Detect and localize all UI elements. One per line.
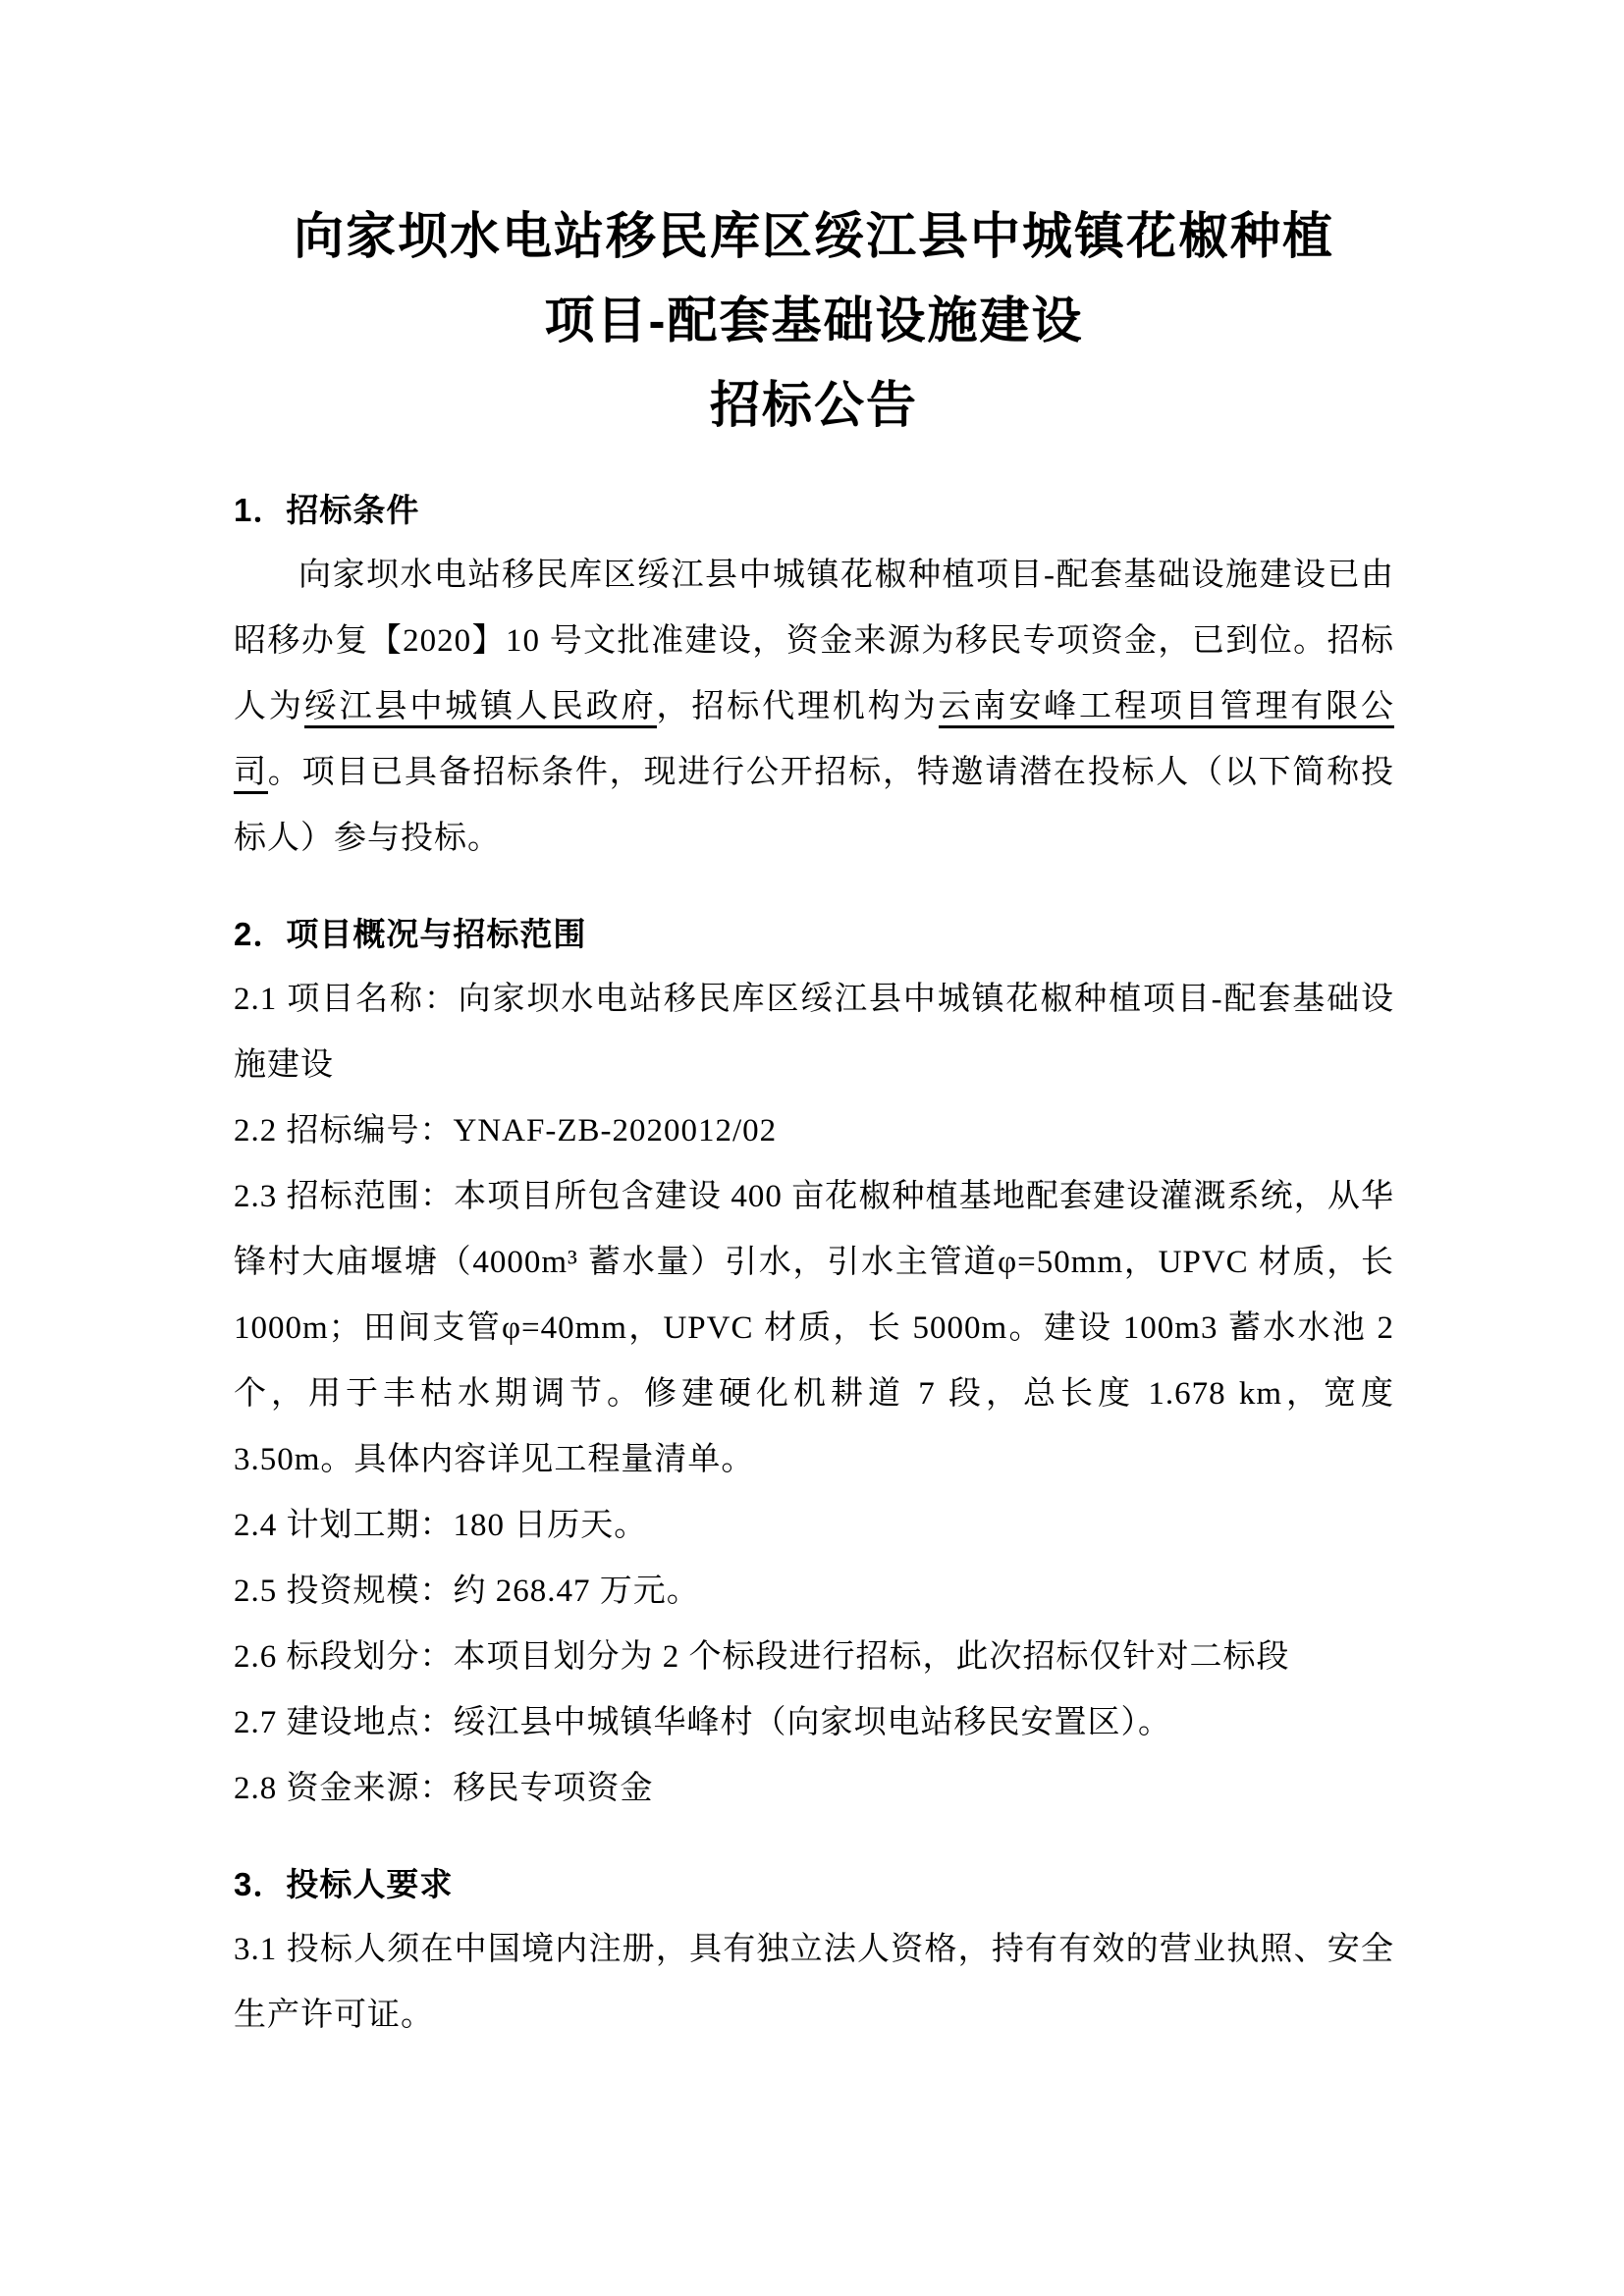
section-3-heading: 3．投标人要求 bbox=[234, 1851, 1394, 1917]
item-construction-site: 2.7 建设地点：绥江县中城镇华峰村（向家坝电站移民安置区）。 bbox=[234, 1690, 1394, 1756]
paragraph-text: 。项目已具备招标条件，现进行公开招标，特邀请潜在投标人（以下简称投标人）参与投标… bbox=[234, 755, 1394, 856]
title-line-2: 项目-配套基础设施建设 bbox=[234, 279, 1394, 363]
document-title: 向家坝水电站移民库区绥江县中城镇花椒种植 项目-配套基础设施建设 招标公告 bbox=[234, 194, 1394, 448]
item-lot-division: 2.6 标段划分：本项目划分为 2 个标段进行招标，此次招标仅针对二标段 bbox=[234, 1625, 1394, 1690]
item-project-name: 2.1 项目名称：向家坝水电站移民库区绥江县中城镇花椒种植项目-配套基础设施建设 bbox=[234, 967, 1394, 1098]
item-investment-scale: 2.5 投资规模：约 268.47 万元。 bbox=[234, 1559, 1394, 1625]
item-fund-source: 2.8 资金来源：移民专项资金 bbox=[234, 1756, 1394, 1822]
section-1-heading: 1．招标条件 bbox=[234, 477, 1394, 543]
item-tender-scope: 2.3 招标范围：本项目所包含建设 400 亩花椒种植基地配套建设灌溉系统，从华… bbox=[234, 1164, 1394, 1493]
section-2-heading: 2．项目概况与招标范围 bbox=[234, 901, 1394, 967]
document-page: 向家坝水电站移民库区绥江县中城镇花椒种植 项目-配套基础设施建设 招标公告 1．… bbox=[0, 0, 1624, 2296]
item-planned-duration: 2.4 计划工期：180 日历天。 bbox=[234, 1493, 1394, 1559]
tenderee-name-underlined: 绥江县中城镇人民政府 bbox=[304, 689, 657, 728]
item-bidder-requirement: 3.1 投标人须在中国境内注册，具有独立法人资格，持有有效的营业执照、安全生产许… bbox=[234, 1917, 1394, 2049]
title-line-1: 向家坝水电站移民库区绥江县中城镇花椒种植 bbox=[234, 194, 1394, 279]
section-1-paragraph: 向家坝水电站移民库区绥江县中城镇花椒种植项目-配套基础设施建设已由昭移办复【20… bbox=[234, 543, 1394, 872]
paragraph-text: ，招标代理机构为 bbox=[657, 689, 939, 724]
item-tender-number: 2.2 招标编号：YNAF-ZB-2020012/02 bbox=[234, 1098, 1394, 1164]
title-line-3: 招标公告 bbox=[234, 363, 1394, 448]
